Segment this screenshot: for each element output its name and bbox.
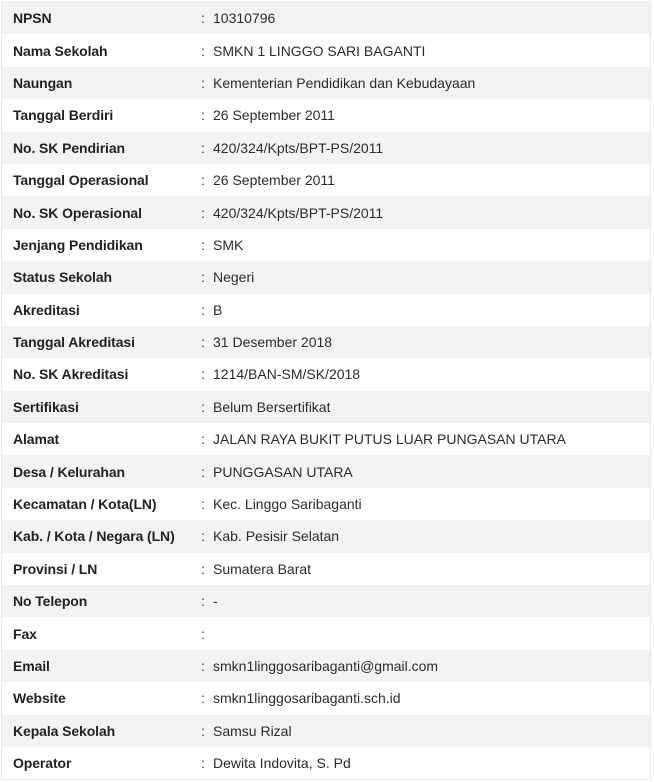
field-label: No. SK Operasional bbox=[2, 205, 201, 221]
field-value: 10310796 bbox=[213, 10, 650, 26]
field-value: 420/324/Kpts/BPT-PS/2011 bbox=[213, 205, 650, 221]
field-separator: : bbox=[201, 107, 213, 123]
field-value: Kec. Linggo Saribaganti bbox=[213, 496, 650, 512]
field-label: No Telepon bbox=[2, 593, 201, 609]
field-separator: : bbox=[201, 205, 213, 221]
table-row: Website:smkn1linggosaribaganti.sch.id bbox=[2, 682, 650, 714]
field-value: 31 Desember 2018 bbox=[213, 334, 650, 350]
table-row: Fax: bbox=[2, 617, 650, 649]
table-row: Operator:Dewita Indovita, S. Pd bbox=[2, 747, 650, 779]
field-value: Negeri bbox=[213, 269, 650, 285]
table-row: No Telepon:- bbox=[2, 585, 650, 617]
field-value: smkn1linggosaribaganti.sch.id bbox=[213, 690, 650, 706]
field-label: Status Sekolah bbox=[2, 269, 201, 285]
field-label: Operator bbox=[2, 755, 201, 771]
table-row: Akreditasi:B bbox=[2, 294, 650, 326]
field-separator: : bbox=[201, 237, 213, 253]
table-row: Nama Sekolah:SMKN 1 LINGGO SARI BAGANTI bbox=[2, 34, 650, 66]
field-value: - bbox=[213, 593, 650, 609]
table-row: No. SK Pendirian:420/324/Kpts/BPT-PS/201… bbox=[2, 132, 650, 164]
table-row: NPSN:10310796 bbox=[2, 2, 650, 34]
field-label: Kecamatan / Kota(LN) bbox=[2, 496, 201, 512]
field-separator: : bbox=[201, 10, 213, 26]
field-value: smkn1linggosaribaganti@gmail.com bbox=[213, 658, 650, 674]
school-profile-table: NPSN:10310796Nama Sekolah:SMKN 1 LINGGO … bbox=[1, 1, 651, 780]
field-value: Kab. Pesisir Selatan bbox=[213, 528, 650, 544]
field-value: 26 September 2011 bbox=[213, 172, 650, 188]
table-row: Alamat:JALAN RAYA BUKIT PUTUS LUAR PUNGA… bbox=[2, 423, 650, 455]
field-separator: : bbox=[201, 366, 213, 382]
field-label: Nama Sekolah bbox=[2, 43, 201, 59]
field-separator: : bbox=[201, 496, 213, 512]
table-row: Sertifikasi:Belum Bersertifikat bbox=[2, 391, 650, 423]
table-row: Tanggal Akreditasi:31 Desember 2018 bbox=[2, 326, 650, 358]
field-label: Fax bbox=[2, 626, 201, 642]
field-value: 420/324/Kpts/BPT-PS/2011 bbox=[213, 140, 650, 156]
table-row: Kepala Sekolah:Samsu Rizal bbox=[2, 715, 650, 747]
field-label: Provinsi / LN bbox=[2, 561, 201, 577]
table-row: No. SK Operasional:420/324/Kpts/BPT-PS/2… bbox=[2, 196, 650, 228]
field-value: B bbox=[213, 302, 650, 318]
field-value: 1214/BAN-SM/SK/2018 bbox=[213, 366, 650, 382]
field-separator: : bbox=[201, 690, 213, 706]
field-value: Kementerian Pendidikan dan Kebudayaan bbox=[213, 75, 650, 91]
field-label: Tanggal Operasional bbox=[2, 172, 201, 188]
table-row: Kab. / Kota / Negara (LN):Kab. Pesisir S… bbox=[2, 520, 650, 552]
field-value: SMK bbox=[213, 237, 650, 253]
field-separator: : bbox=[201, 140, 213, 156]
table-row: Desa / Kelurahan:PUNGGASAN UTARA bbox=[2, 455, 650, 487]
field-value: 26 September 2011 bbox=[213, 107, 650, 123]
field-label: Kab. / Kota / Negara (LN) bbox=[2, 528, 201, 544]
field-separator: : bbox=[201, 561, 213, 577]
field-label: NPSN bbox=[2, 10, 201, 26]
field-value: PUNGGASAN UTARA bbox=[213, 464, 650, 480]
field-label: Jenjang Pendidikan bbox=[2, 237, 201, 253]
table-row: Kecamatan / Kota(LN):Kec. Linggo Saribag… bbox=[2, 488, 650, 520]
field-label: Email bbox=[2, 658, 201, 674]
field-label: Alamat bbox=[2, 431, 201, 447]
field-label: No. SK Akreditasi bbox=[2, 366, 201, 382]
field-separator: : bbox=[201, 658, 213, 674]
field-separator: : bbox=[201, 431, 213, 447]
field-label: Kepala Sekolah bbox=[2, 723, 201, 739]
field-separator: : bbox=[201, 464, 213, 480]
field-value: Belum Bersertifikat bbox=[213, 399, 650, 415]
table-row: Status Sekolah:Negeri bbox=[2, 261, 650, 293]
field-label: Akreditasi bbox=[2, 302, 201, 318]
field-separator: : bbox=[201, 755, 213, 771]
field-label: Desa / Kelurahan bbox=[2, 464, 201, 480]
field-label: Sertifikasi bbox=[2, 399, 201, 415]
field-separator: : bbox=[201, 626, 213, 642]
field-separator: : bbox=[201, 75, 213, 91]
field-separator: : bbox=[201, 528, 213, 544]
field-separator: : bbox=[201, 269, 213, 285]
field-label: Website bbox=[2, 690, 201, 706]
field-value: Samsu Rizal bbox=[213, 723, 650, 739]
field-separator: : bbox=[201, 43, 213, 59]
table-row: Provinsi / LN:Sumatera Barat bbox=[2, 553, 650, 585]
field-value: JALAN RAYA BUKIT PUTUS LUAR PUNGASAN UTA… bbox=[213, 431, 650, 447]
field-value: Dewita Indovita, S. Pd bbox=[213, 755, 650, 771]
field-label: Tanggal Berdiri bbox=[2, 107, 201, 123]
field-value: SMKN 1 LINGGO SARI BAGANTI bbox=[213, 43, 650, 59]
field-value: Sumatera Barat bbox=[213, 561, 650, 577]
table-row: Naungan:Kementerian Pendidikan dan Kebud… bbox=[2, 67, 650, 99]
field-separator: : bbox=[201, 399, 213, 415]
field-separator: : bbox=[201, 723, 213, 739]
table-row: Jenjang Pendidikan:SMK bbox=[2, 229, 650, 261]
table-row: No. SK Akreditasi:1214/BAN-SM/SK/2018 bbox=[2, 358, 650, 390]
table-row: Tanggal Berdiri:26 September 2011 bbox=[2, 99, 650, 131]
field-separator: : bbox=[201, 334, 213, 350]
field-separator: : bbox=[201, 302, 213, 318]
field-separator: : bbox=[201, 172, 213, 188]
table-row: Tanggal Operasional:26 September 2011 bbox=[2, 164, 650, 196]
table-row: Email:smkn1linggosaribaganti@gmail.com bbox=[2, 650, 650, 682]
field-label: No. SK Pendirian bbox=[2, 140, 201, 156]
field-label: Naungan bbox=[2, 75, 201, 91]
field-separator: : bbox=[201, 593, 213, 609]
field-label: Tanggal Akreditasi bbox=[2, 334, 201, 350]
